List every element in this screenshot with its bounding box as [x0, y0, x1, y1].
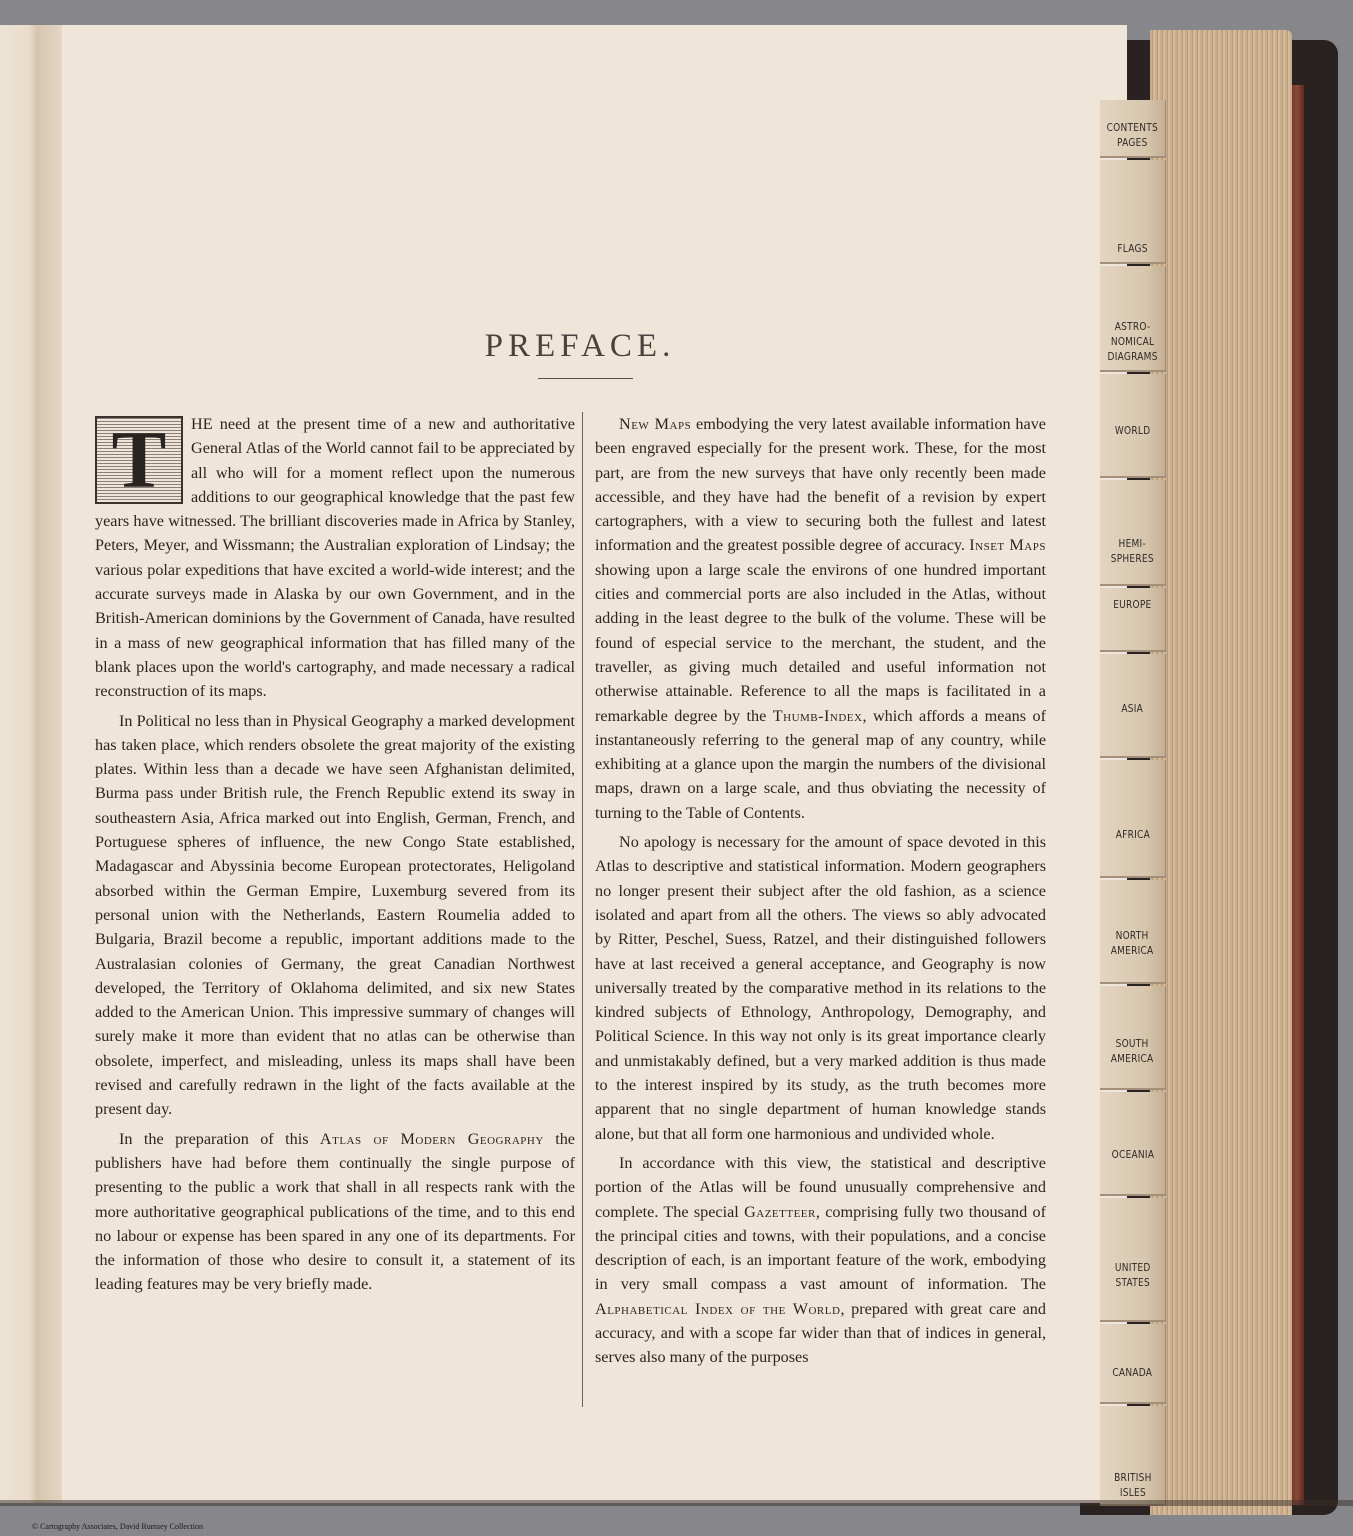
- thumb-index: CONTENTS PAGES FLAGS ASTRO- NOMICAL DIAG…: [1100, 100, 1166, 1510]
- column-divider: [582, 412, 583, 1407]
- page-title: PREFACE.: [0, 328, 1160, 365]
- paragraph-2: In Political no less than in Physical Ge…: [95, 709, 575, 1122]
- book-shadow: [0, 1500, 1353, 1506]
- title-rule: [538, 378, 633, 379]
- cover-edge: [1290, 85, 1304, 1505]
- right-column: New Maps embodying the very latest avail…: [595, 412, 1046, 1375]
- thumb-tab-united-states[interactable]: UNITED STATES: [1100, 1198, 1166, 1322]
- thumb-tab-europe[interactable]: EUROPE: [1100, 588, 1166, 652]
- thumb-tab-south-america[interactable]: SOUTH AMERICA: [1100, 986, 1166, 1090]
- ornamental-dropcap-icon: T: [95, 416, 183, 504]
- thumb-tab-british-isles[interactable]: BRITISH ISLES: [1100, 1406, 1166, 1506]
- thumb-tab-canada[interactable]: CANADA: [1100, 1324, 1166, 1404]
- paragraph-apology: No apology is necessary for the amount o…: [595, 830, 1046, 1146]
- paragraph-3: In the preparation of this Atlas of Mode…: [95, 1127, 575, 1297]
- thumb-tab-oceania[interactable]: OCEANIA: [1100, 1092, 1166, 1196]
- facing-page: [0, 25, 36, 1503]
- page-edges: [1150, 30, 1292, 1515]
- paragraph-new-maps: New Maps embodying the very latest avail…: [595, 412, 1046, 825]
- thumb-tab-asia[interactable]: ASIA: [1100, 654, 1166, 758]
- paragraph-accordance: In accordance with this view, the statis…: [595, 1151, 1046, 1370]
- thumb-tab-world[interactable]: WORLD: [1100, 374, 1166, 478]
- left-column: THE need at the present time of a new an…: [95, 412, 575, 1302]
- thumb-tab-north-america[interactable]: NORTH AMERICA: [1100, 880, 1166, 984]
- copyright-credit: © Cartography Associates, David Rumsey C…: [32, 1522, 203, 1531]
- thumb-tab-hemispheres[interactable]: HEMI- SPHERES: [1100, 480, 1166, 586]
- thumb-tab-africa[interactable]: AFRICA: [1100, 760, 1166, 878]
- thumb-tab-flags[interactable]: FLAGS: [1100, 160, 1166, 264]
- thumb-tab-contents[interactable]: CONTENTS PAGES: [1100, 100, 1166, 158]
- paragraph-1: THE need at the present time of a new an…: [95, 412, 575, 704]
